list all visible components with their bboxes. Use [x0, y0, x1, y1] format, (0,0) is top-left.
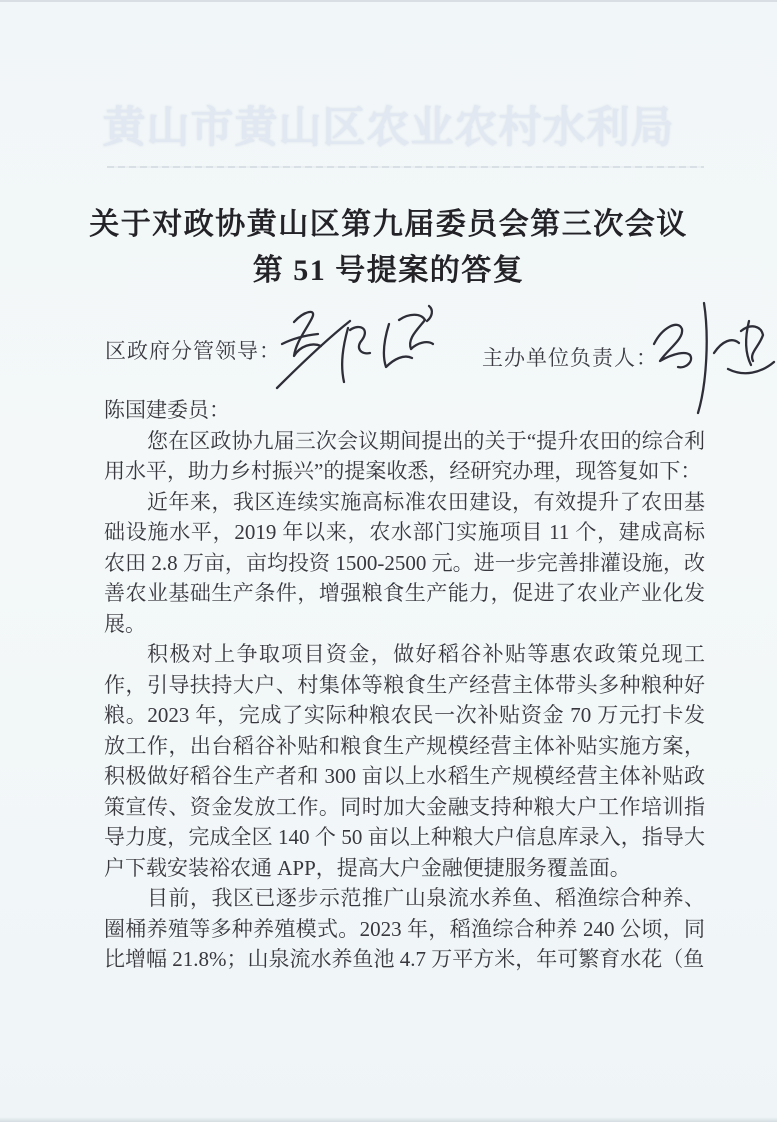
document-title-line-2: 第 51 号提案的答复 — [39, 248, 738, 294]
paragraph-intro: 您在区政协九届三次会议期间提出的关于“提升农田的综合利用水平，助力乡村振兴”的提… — [104, 426, 705, 487]
scan-artifact-top-edge — [0, 0, 777, 2]
host-unit-head-label: 主办单位负责人： — [482, 342, 658, 372]
paragraph-subsidy-policy: 积极对上争取项目资金，做好稻谷补贴等惠农政策兑现工作，引导扶持大户、村集体等粮食… — [104, 639, 705, 883]
scan-artifact-bottom-edge — [0, 1117, 777, 1122]
district-leader-signature-handwriting — [260, 298, 465, 403]
paragraph-farmland-construction: 近年来，我区连续实施高标准农田建设，有效提升了农田基础设施水平，2019 年以来… — [104, 487, 705, 640]
document-title-line-1: 关于对政协黄山区第九届委员会第三次会议 — [39, 202, 738, 248]
district-leader-label: 区政府分管领导： — [105, 335, 281, 365]
document-body: 陈国建委员： 您在区政协九届三次会议期间提出的关于“提升农田的综合利用水平，助力… — [104, 395, 705, 975]
letterhead-divider-line — [107, 166, 704, 168]
letterhead-agency-name: 黄山市黄山区农业农村水利局 — [0, 94, 777, 155]
scanned-document-page: 黄山市黄山区农业农村水利局 关于对政协黄山区第九届委员会第三次会议 第 51 号… — [0, 0, 777, 1122]
paragraph-aquaculture: 目前，我区已逐步示范推广山泉流水养鱼、稻渔综合种养、圈桶养殖等多种养殖模式。20… — [104, 883, 705, 975]
document-title: 关于对政协黄山区第九届委员会第三次会议 第 51 号提案的答复 — [39, 202, 738, 294]
salutation: 陈国建委员： — [104, 395, 705, 426]
